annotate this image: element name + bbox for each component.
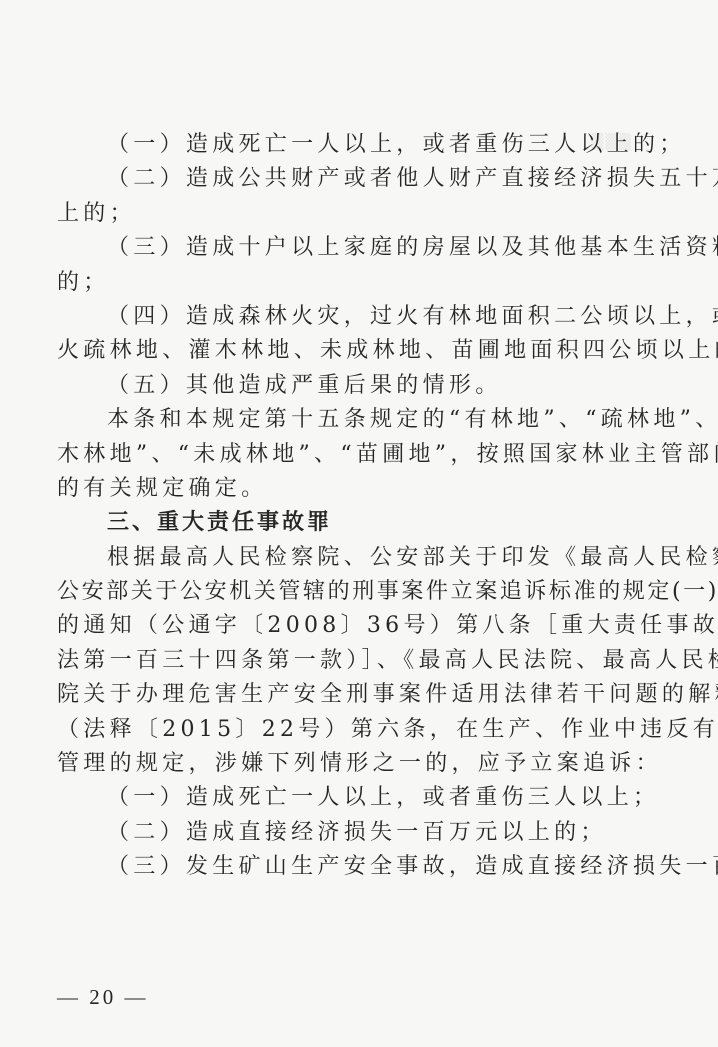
section-heading: 三、重大责任事故罪: [57, 506, 653, 540]
list-item-line: 火疏林地、灌木林地、未成林地、苗圃地面积四公顷以上的；: [57, 334, 653, 368]
paragraph-line: 的通知（公通字〔2008〕36号）第八条［重大责任事故案（刑: [57, 609, 653, 643]
list-item-line: （一）造成死亡一人以上，或者重伤三人以上；: [57, 781, 653, 815]
page-number: — 20 —: [57, 985, 149, 1010]
list-item-line: （四）造成森林火灾，过火有林地面积二公顷以上，或者过: [57, 300, 653, 334]
paragraph-line: 木林地”、“未成林地”、“苗圃地”，按照国家林业主管部门: [57, 438, 653, 472]
document-body: （一）造成死亡一人以上，或者重伤三人以上的； （二）造成公共财产或者他人财产直接…: [57, 128, 653, 885]
list-item-line: （一）造成死亡一人以上，或者重伤三人以上的；: [57, 128, 653, 162]
paragraph-line: 根据最高人民检察院、公安部关于印发《最高人民检察院、: [57, 541, 653, 575]
paragraph-line: 公安部关于公安机关管辖的刑事案件立案追诉标准的规定(一)》: [57, 575, 653, 609]
paragraph-line: 法第一百三十四条第一款）］、《最高人民法院、最高人民检察: [57, 644, 653, 678]
paragraph-line: 本条和本规定第十五条规定的“有林地”、“疏林地”、“灌: [57, 403, 653, 437]
list-item-line: （三）造成十户以上家庭的房屋以及其他基本生活资料烧毁: [57, 231, 653, 265]
paragraph-line: 的有关规定确定。: [57, 472, 653, 506]
paragraph-line: 管理的规定，涉嫌下列情形之一的，应予立案追诉：: [57, 747, 653, 781]
list-item-line: （二）造成直接经济损失一百万元以上的；: [57, 816, 653, 850]
paragraph-line: （法释〔2015〕22号）第六条，在生产、作业中违反有关安全: [57, 713, 653, 747]
list-item-line: 的；: [57, 266, 653, 300]
paragraph-line: 院关于办理危害生产安全刑事案件适用法律若干问题的解释》: [57, 678, 653, 712]
list-item-line: （二）造成公共财产或者他人财产直接经济损失五十万元以: [57, 162, 653, 196]
list-item-line: （五）其他造成严重后果的情形。: [57, 369, 653, 403]
list-item-line: 上的；: [57, 197, 653, 231]
list-item-line: （三）发生矿山生产安全事故，造成直接经济损失一百万元: [57, 850, 653, 884]
